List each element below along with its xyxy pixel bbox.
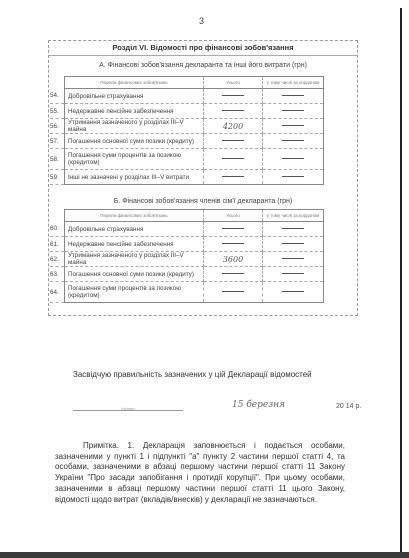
dash-empty-value <box>222 228 244 229</box>
table-header: Перелік фінансових зобов'язань Усього у … <box>50 77 324 89</box>
scan-edge-right <box>400 8 402 552</box>
signature-label: (підпис) <box>121 406 135 411</box>
scan-edge-bottom <box>0 552 409 558</box>
dash-empty-value <box>222 110 244 111</box>
section-vi-box: Розділ VI. Відомості про фінансові зобов… <box>48 40 358 316</box>
table-row: 64. Погашення суми процентів за позикою … <box>50 282 324 303</box>
dash-empty-value <box>282 228 304 229</box>
table-row: 60. Добровільне страхування <box>50 222 324 237</box>
table-row: 62. Утримання зазначеного у розділах III… <box>50 252 324 267</box>
page-number: 3 <box>199 16 204 26</box>
dash-empty-value <box>222 291 244 292</box>
dash-empty-value <box>222 176 244 177</box>
part-a-table: Перелік фінансових зобов'язань Усього у … <box>50 76 324 185</box>
dash-empty-value <box>282 95 304 96</box>
part-a-title: А. Фінансові зобов'язання декларанта та … <box>49 61 357 71</box>
table-row: 61. Недержавне пенсійне забезпечення <box>50 237 324 252</box>
dash-empty-value <box>282 291 304 292</box>
dash-empty-value <box>282 158 304 159</box>
part-b-title: Б. Фінансові зобов'язання членів сім'ї д… <box>49 197 357 207</box>
dash-empty-value <box>222 95 244 96</box>
date-year: 20 14 р. <box>336 403 361 410</box>
table-row: 55. Недержавне пенсійне забезпечення <box>50 104 324 119</box>
dash-empty-value <box>282 176 304 177</box>
handwritten-date: 15 березня <box>232 400 285 410</box>
header-total: Усього <box>204 210 263 222</box>
handwritten-value: 4200 <box>223 122 243 131</box>
part-b-table: Перелік фінансових зобов'язань Усього у … <box>50 209 324 303</box>
dash-empty-value <box>222 158 244 159</box>
header-abroad: у тому числі за кордоном <box>263 77 324 89</box>
dash-empty-value <box>282 243 304 244</box>
table-row: 56. Утримання зазначеного у розділах III… <box>50 119 324 134</box>
footnote: Примітка. 1. Декларація заповнюється і п… <box>55 441 345 505</box>
header-total: Усього <box>204 77 263 89</box>
dash-empty-value <box>282 140 304 141</box>
dash-empty-value <box>222 273 244 274</box>
document-page: 3 Розділ VI. Відомості про фінансові зоб… <box>0 0 400 552</box>
dash-empty-value <box>282 125 304 126</box>
header-abroad: у тому числі за кордоном <box>263 210 324 222</box>
table-row: 63. Погашення основної суми позики (кред… <box>50 267 324 282</box>
dash-empty-value <box>282 273 304 274</box>
table-row: 54. Добровільне страхування <box>50 89 324 104</box>
handwritten-value: 3600 <box>223 255 243 264</box>
header-list: Перелік фінансових зобов'язань <box>65 77 204 89</box>
certification-text: Засвідчую правильність зазначених у цій … <box>73 370 312 379</box>
header-list: Перелік фінансових зобов'язань <box>65 210 204 222</box>
table-row: 57. Погашення основної суми позики (кред… <box>50 134 324 149</box>
footnote-text: Примітка. 1. Декларація заповнюється і п… <box>55 441 345 505</box>
table-row: 58. Погашення суми процентів за позикою … <box>50 149 324 170</box>
dash-empty-value <box>222 140 244 141</box>
table-header: Перелік фінансових зобов'язань Усього у … <box>50 210 324 222</box>
dash-empty-value <box>222 243 244 244</box>
dash-empty-value <box>282 258 304 259</box>
section-title: Розділ VI. Відомості про фінансові зобов… <box>49 41 357 56</box>
dash-empty-value <box>282 110 304 111</box>
table-row: 59. Інші не зазначені у розділах III–V в… <box>50 170 324 185</box>
